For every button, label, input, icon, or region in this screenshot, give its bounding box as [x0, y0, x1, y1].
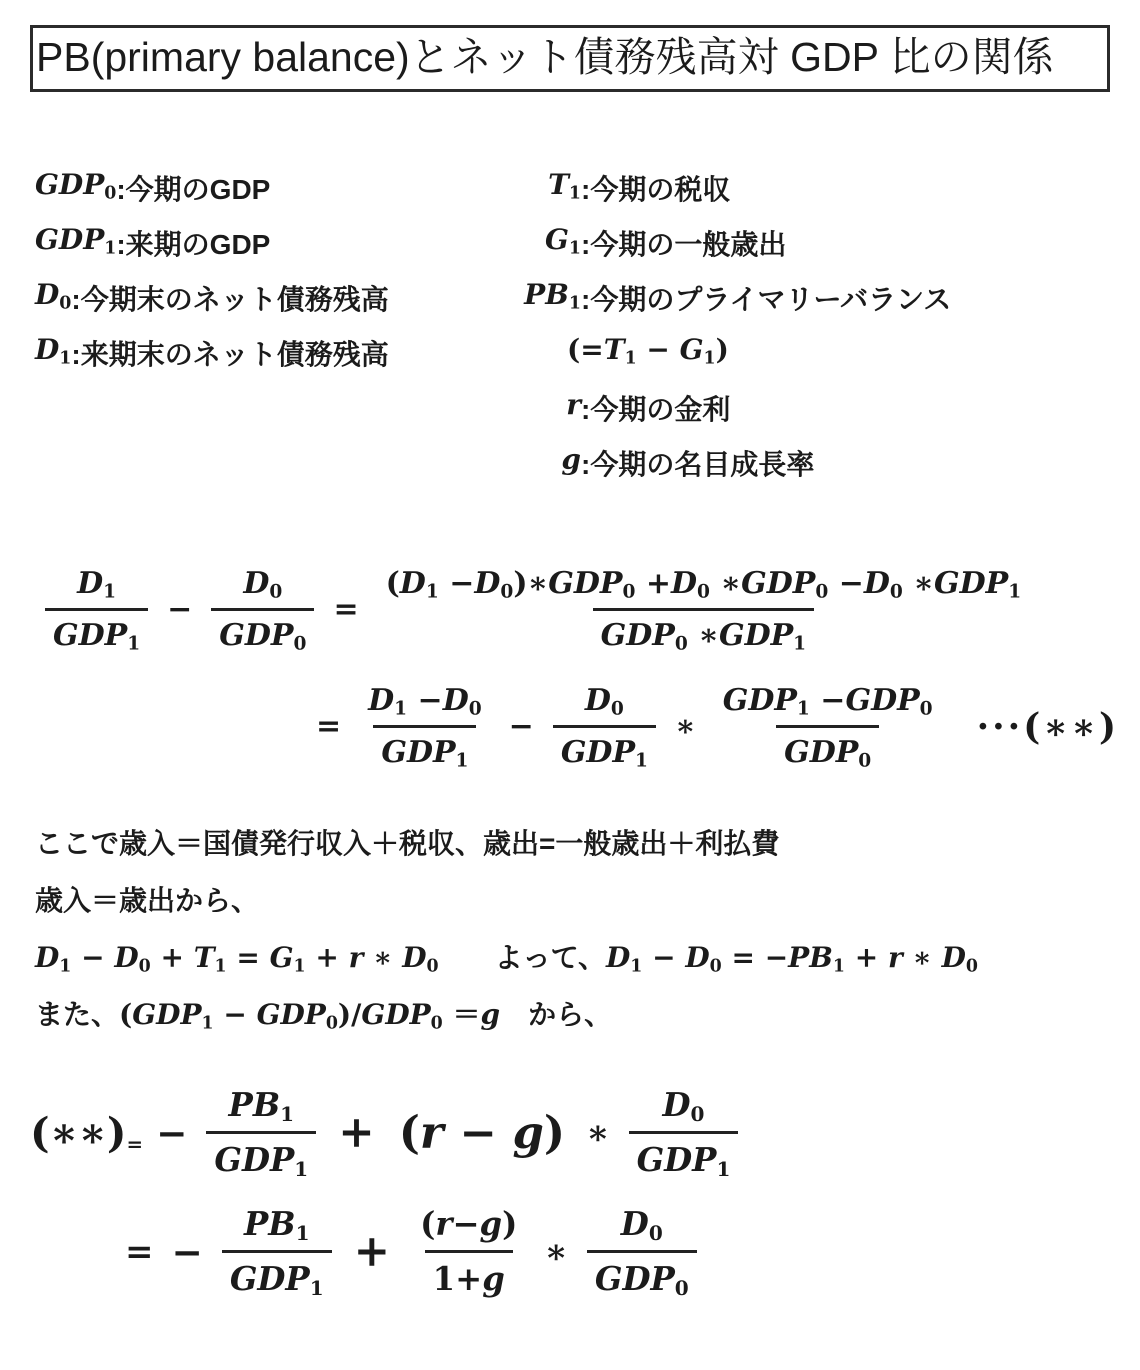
definition-t1: T1:今期の税収: [505, 168, 1105, 223]
definition-desc: :来期末のネット債務残高: [71, 333, 388, 373]
math-token: ∗: [544, 1232, 568, 1272]
fraction: D1 −D0GDP1: [360, 681, 490, 772]
definition-d1: D1:来期末のネット債務残高: [35, 333, 505, 388]
page-title: PB(primary balance)とネット債務残高対 GDP 比の関係: [30, 25, 1110, 92]
fraction-denominator: GDP0: [211, 608, 314, 655]
definition-desc: :今期の名目成長率: [581, 443, 814, 483]
math-token: ∗: [586, 1113, 610, 1153]
fraction: D0GDP1: [553, 681, 656, 772]
fraction-denominator: GDP1: [553, 725, 656, 772]
definition-desc: :今期末のネット債務残高: [71, 278, 388, 318]
definition-r: r :今期の金利: [505, 388, 1105, 443]
fraction: (r−g)1+g: [412, 1203, 525, 1300]
fraction-denominator: GDP1: [373, 725, 476, 772]
fraction-numerator: D1: [69, 564, 124, 608]
definition-gdp0: GDP0:今期のGDP: [35, 168, 505, 223]
fraction-denominator: GDP1: [222, 1250, 332, 1300]
fraction-numerator: PB1: [221, 1084, 303, 1131]
math-token: =: [333, 592, 358, 627]
definition-term: D1: [35, 333, 71, 366]
fraction-numerator: D1 −D0: [360, 681, 490, 725]
fraction-denominator: 1+g: [425, 1250, 513, 1300]
fraction-numerator: D0: [235, 564, 290, 608]
fraction-denominator: GDP1: [629, 1131, 739, 1181]
fraction-numerator: (D1 −D0)∗GDP0 +D0 ∗GDP0 −D0 ∗GDP1: [378, 564, 1030, 608]
math-token: −: [509, 709, 534, 744]
fraction-numerator: (r−g): [412, 1203, 525, 1250]
definition-term: G1: [505, 223, 581, 256]
equation-line-4: =−PB1GDP1+(r−g)1+g∗D0GDP0: [116, 1203, 1140, 1300]
definition-desc: :今期の金利: [581, 388, 730, 428]
definitions-left-column: GDP0:今期のGDP GDP1:来期のGDP D0:今期末のネット債務残高 D…: [35, 168, 505, 498]
notes-section: ここで歳入＝国債発行収入＋税収、歳出=一般歳出＋利払費 歳入＝歳出から、 D1 …: [35, 826, 1140, 1032]
definition-desc: :来期のGDP: [116, 223, 270, 263]
definitions-section: GDP0:今期のGDP GDP1:来期のGDP D0:今期末のネット債務残高 D…: [35, 168, 1140, 498]
fraction-denominator: GDP0: [587, 1250, 697, 1300]
math-token: =: [316, 709, 341, 744]
equation-line-2: =D1 −D0GDP1−D0GDP1∗GDP1 −GDP0GDP0···(∗∗): [307, 681, 1140, 772]
definition-term: GDP0: [35, 168, 116, 201]
fraction-denominator: GDP0: [776, 725, 879, 772]
note-line-2: 歳入＝歳出から、: [35, 883, 1140, 918]
definition-pb1: PB1:今期のプライマリーバランス: [505, 278, 1105, 333]
definitions-right-column: T1:今期の税収 G1:今期の一般歳出 PB1:今期のプライマリーバランス (=…: [505, 168, 1105, 498]
math-token: =: [127, 1132, 144, 1156]
definition-desc: :今期のプライマリーバランス: [581, 278, 951, 318]
fraction: GDP1 −GDP0GDP0: [715, 681, 941, 772]
definition-term: g: [505, 443, 581, 476]
definition-gdp1: GDP1:来期のGDP: [35, 223, 505, 278]
fraction-numerator: D0: [654, 1084, 712, 1131]
fraction: D0GDP1: [629, 1084, 739, 1181]
document-page: PB(primary balance)とネット債務残高対 GDP 比の関係 GD…: [0, 0, 1140, 1370]
fraction: (D1 −D0)∗GDP0 +D0 ∗GDP0 −D0 ∗GDP1GDP0 ∗G…: [378, 564, 1030, 655]
math-token: ∗: [675, 709, 696, 744]
fraction: D1GDP1: [45, 564, 148, 655]
derivation-block-2: (∗∗)=−PB1GDP1+(r − g)∗D0GDP1 =−PB1GDP1+(…: [30, 1084, 1140, 1300]
math-token: ···(∗∗): [977, 706, 1119, 748]
fraction-denominator: GDP1: [45, 608, 148, 655]
math-token: +: [338, 1107, 374, 1158]
math-token: =: [125, 1232, 154, 1272]
definition-term: r: [505, 388, 581, 421]
fraction: PB1GDP1: [222, 1203, 332, 1300]
math-token: (∗∗): [30, 1108, 127, 1157]
note-line-1: ここで歳入＝国債発行収入＋税収、歳出=一般歳出＋利払費: [35, 826, 1140, 861]
definition-term: PB1: [505, 278, 581, 311]
note-line-4: また、(GDP1 − GDP0)/GDP0 ＝g から、: [35, 997, 1140, 1032]
fraction-numerator: GDP1 −GDP0: [715, 681, 941, 725]
fraction: D0GDP0: [587, 1203, 697, 1300]
fraction: PB1GDP1: [206, 1084, 316, 1181]
math-token: −: [172, 1230, 203, 1274]
definition-d0: D0:今期末のネット債務残高: [35, 278, 505, 333]
note-line-3: D1 − D0 + T1 = G1 + r ∗ D0 よって、D1 − D0 =…: [35, 940, 1140, 975]
fraction-denominator: GDP1: [206, 1131, 316, 1181]
equation-line-3: (∗∗)=−PB1GDP1+(r − g)∗D0GDP1: [30, 1084, 1140, 1181]
definition-desc: :今期の一般歳出: [581, 223, 786, 263]
definition-pb1-formula: (=T1 − G1): [505, 333, 1105, 388]
derivation-block-1: D1GDP1−D0GDP0=(D1 −D0)∗GDP0 +D0 ∗GDP0 −D…: [35, 564, 1140, 772]
fraction: D0GDP0: [211, 564, 314, 655]
math-token: (r − g): [399, 1106, 565, 1159]
definition-term: T1: [505, 168, 581, 201]
equation-line-1: D1GDP1−D0GDP0=(D1 −D0)∗GDP0 +D0 ∗GDP0 −D…: [35, 564, 1140, 655]
math-token: −: [156, 1111, 187, 1155]
definition-desc: :今期のGDP: [116, 168, 270, 208]
math-token: +: [354, 1226, 390, 1277]
fraction-numerator: PB1: [236, 1203, 318, 1250]
math-token: −: [167, 592, 192, 627]
definition-g: g :今期の名目成長率: [505, 443, 1105, 498]
fraction-numerator: D0: [613, 1203, 671, 1250]
definition-term: (=T1 − G1): [567, 333, 729, 366]
definition-term: GDP1: [35, 223, 116, 256]
definition-desc: :今期の税収: [581, 168, 730, 208]
definition-g1: G1:今期の一般歳出: [505, 223, 1105, 278]
fraction-denominator: GDP0 ∗GDP1: [593, 608, 814, 655]
definition-term: D0: [35, 278, 71, 311]
fraction-numerator: D0: [577, 681, 632, 725]
